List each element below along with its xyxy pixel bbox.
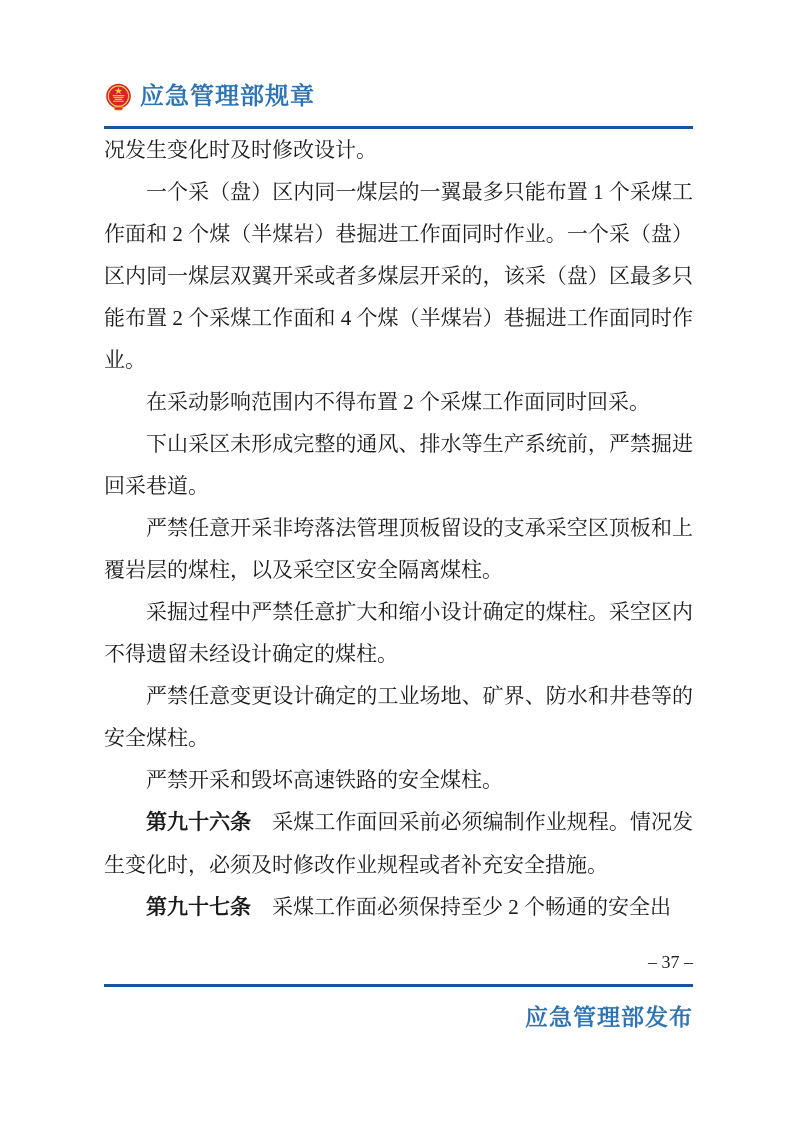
page-header: 应急管理部规章: [104, 82, 315, 112]
paragraph: 采掘过程中严禁任意扩大和缩小设计确定的煤柱。采空区内不得遗留未经设计确定的煤柱。: [104, 591, 693, 675]
paragraph: 严禁任意开采非垮落法管理顶板留设的支承采空区顶板和上覆岩层的煤柱，以及采空区安全…: [104, 507, 693, 591]
publisher-label: 应急管理部发布: [525, 1003, 693, 1031]
text-run: 一个采（盘）区内同一煤层的一翼最多只能布置 1 个采煤工作面和 2 个煤（半煤岩…: [104, 180, 693, 372]
document-body: 况发生变化时及时修改设计。一个采（盘）区内同一煤层的一翼最多只能布置 1 个采煤…: [104, 129, 693, 929]
text-run: 在采动影响范围内不得布置 2 个采煤工作面同时回采。: [146, 390, 650, 414]
paragraph: 第九十七条 采煤工作面必须保持至少 2 个畅通的安全出: [104, 886, 693, 929]
text-run: 严禁开采和毁坏高速铁路的安全煤柱。: [146, 768, 503, 792]
header-title: 应急管理部规章: [140, 82, 315, 112]
footer-rule: [104, 984, 693, 987]
text-run: 严禁任意开采非垮落法管理顶板留设的支承采空区顶板和上覆岩层的煤柱，以及采空区安全…: [104, 516, 693, 582]
paragraph: 下山采区未形成完整的通风、排水等生产系统前，严禁掘进回采巷道。: [104, 423, 693, 507]
text-run: 严禁任意变更设计确定的工业场地、矿界、防水和井巷等的安全煤柱。: [104, 684, 693, 750]
paragraph: 严禁任意变更设计确定的工业场地、矿界、防水和井巷等的安全煤柱。: [104, 675, 693, 759]
text-run: 采掘过程中严禁任意扩大和缩小设计确定的煤柱。采空区内不得遗留未经设计确定的煤柱。: [104, 600, 693, 666]
paragraph: 在采动影响范围内不得布置 2 个采煤工作面同时回采。: [104, 381, 693, 423]
paragraph: 况发生变化时及时修改设计。: [104, 129, 693, 171]
paragraph: 严禁开采和毁坏高速铁路的安全煤柱。: [104, 759, 693, 801]
page-number: – 37 –: [648, 951, 693, 973]
article-number: 第九十六条: [146, 811, 251, 834]
china-national-emblem-icon: [104, 82, 133, 112]
text-run: 况发生变化时及时修改设计。: [104, 138, 377, 162]
article-number: 第九十七条: [146, 896, 251, 919]
document-page: 应急管理部规章 况发生变化时及时修改设计。一个采（盘）区内同一煤层的一翼最多只能…: [0, 0, 793, 1122]
paragraph: 一个采（盘）区内同一煤层的一翼最多只能布置 1 个采煤工作面和 2 个煤（半煤岩…: [104, 171, 693, 381]
text-run: 下山采区未形成完整的通风、排水等生产系统前，严禁掘进回采巷道。: [104, 432, 693, 498]
paragraph: 第九十六条 采煤工作面回采前必须编制作业规程。情况发生变化时，必须及时修改作业规…: [104, 801, 693, 886]
text-run: 采煤工作面必须保持至少 2 个畅通的安全出: [251, 895, 671, 919]
